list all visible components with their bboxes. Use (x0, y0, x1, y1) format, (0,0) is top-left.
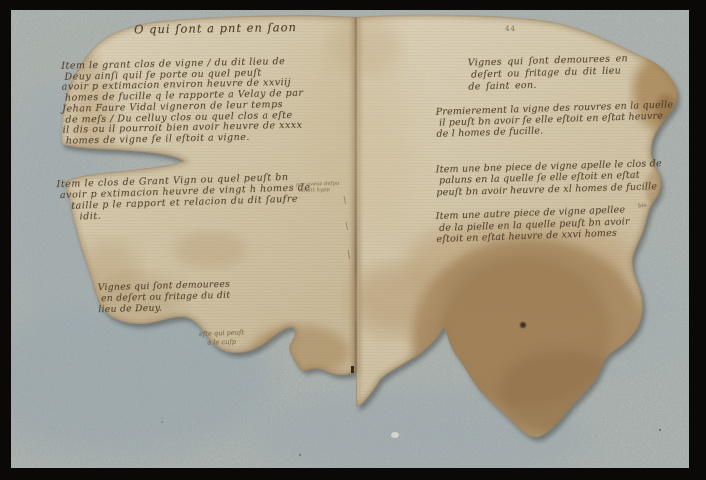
right-page-folio-number: 44 (505, 25, 516, 33)
right-page-paragraph-3: Item une autre piece de vigne apellee de… (435, 203, 664, 246)
left-page-paragraph-1: Item le grant clos de vigne / du dit lie… (61, 56, 319, 147)
right-page-heading: Vignes qui ſont demourees en deſert ou f… (468, 52, 654, 93)
left-page-title: O qui ſont a pnt en ſaon (134, 20, 324, 37)
right-page-paragraph-3-note: bio (638, 203, 647, 210)
left-page-margin-note: por aveoz deſpu landit hypp ··· (296, 180, 353, 201)
left-page-bottom-heading: Vignes qui ſont demourees en deſert ou f… (98, 279, 264, 316)
text-layer: O qui ſont a pnt en ſaon Item le grant c… (0, 0, 706, 480)
left-page-bottom-note: eſte qui peuſt a le cuſp (199, 326, 310, 347)
right-page-paragraph-1: Premierement la vigne des rouvres en la … (436, 99, 675, 140)
left-page-paragraph-2: Item le clos de Grant Vign ou quel peuſt… (56, 172, 317, 224)
right-page-paragraph-2: Item une bne piece de vigne apelle le cl… (436, 158, 677, 199)
manuscript-line: lieu de Deuy. (98, 300, 263, 315)
manuscript-scan: O qui ſont a pnt en ſaon Item le grant c… (0, 0, 706, 480)
